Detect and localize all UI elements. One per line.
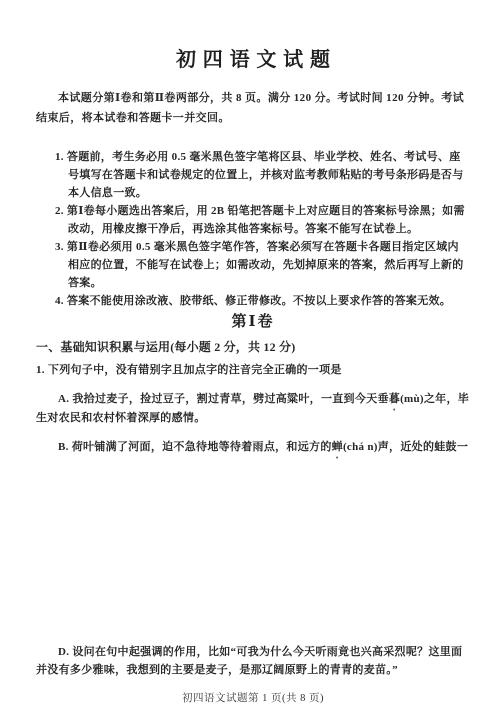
option-a-pre: A. 我拾过麦子，捡过豆子，割过青草，劈过高粱叶，一直到今天垂 [58,393,389,405]
notice-item-3: 3. 第Ⅱ卷必须用 0.5 毫米黑色签字笔作答，答案必须写在答题卡各题目指定区域… [55,238,470,292]
option-a-text: A. 我拾过麦子，捡过豆子，割过青草，劈过高粱叶，一直到今天垂暮(mù)之年，毕… [36,390,470,427]
part1-heading: 第Ⅰ卷 [36,312,470,332]
page-title: 初四语文试题 [36,46,470,74]
option-b-dotted-char: 蝉 [332,438,343,457]
scan-blank-gap [36,468,470,632]
option-d-text: D. 设问在句中起强调的作用，比如“可我为什么今天听雨竟也兴高采烈呢？这里面并没… [36,643,470,680]
option-b-text: B. 荷叶铺满了河面，迫不急待地等待着雨点，和远方的蝉(chá n)声，近处的蛙… [36,438,470,457]
exam-paper-page: 初四语文试题 本试题分第Ⅰ卷和第Ⅱ卷两部分，共 8 页。满分 120 分。考试时… [0,0,500,706]
exam-notices-list: 1. 答题前，考生务必用 0.5 毫米黑色签字笔将区县、毕业学校、姓名、考试号、… [55,148,470,310]
section1-heading: 一、基础知识积累与运用(每小题 2 分，共 12 分) [36,338,470,356]
option-a-dotted-char: 暮 [389,390,400,409]
notice-item-1: 1. 答题前，考生务必用 0.5 毫米黑色签字笔将区县、毕业学校、姓名、考试号、… [55,148,470,202]
notice-item-4: 4. 答案不能使用涂改液、胶带纸、修正带修改。不按以上要求作答的答案无效。 [55,292,470,310]
exam-intro-paragraph: 本试题分第Ⅰ卷和第Ⅱ卷两部分，共 8 页。满分 120 分。考试时间 120 分… [36,88,470,128]
option-b-post: (chá n)声，近处的蛙鼓一 [343,441,468,453]
page-footer: 初四语文试题第 1 页(共 8 页) [36,691,470,706]
notice-item-2: 2. 第Ⅰ卷每小题选出答案后，用 2B 铅笔把答题卡上对应题目的答案标号涂黑；如… [55,202,470,238]
option-b-pre: B. 荷叶铺满了河面，迫不急待地等待着雨点，和远方的 [58,441,332,453]
question1-text: 1. 下列句子中，没有错别字且加点字的注音完全正确的一项是 [36,361,470,379]
